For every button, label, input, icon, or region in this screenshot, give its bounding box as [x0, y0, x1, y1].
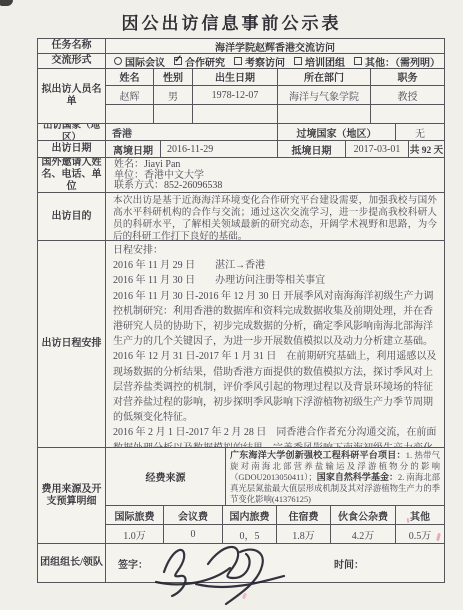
task-value: 海洋学院赵辉香港交流访问 [106, 39, 444, 53]
itinerary-item: 2016 年 11 月 30 日-2016 年 12 月 30 日 开展季风对南… [113, 289, 437, 350]
task-row: 任务名称 海洋学院赵辉香港交流访问 [38, 39, 444, 54]
radio-circle-icon [114, 57, 122, 65]
fee-header-row: 国际旅费 会议费 国内旅费 住宿费 伙食公杂费 其他 [106, 506, 444, 525]
col-header-department: 所在部门 [278, 69, 371, 85]
col-header-birthdate: 出生日期 [193, 69, 278, 85]
itinerary-item: 2016 年 2 月 1 日-2017 年 2 月 28 日 同香港合作者充分沟… [113, 425, 437, 447]
person-position: 教授 [371, 86, 444, 105]
fee-header-conference: 会议费 [164, 506, 223, 524]
personnel-table: 姓名 性别 出生日期 所在部门 职务 赵辉 男 1978-12-07 海洋与气象… [106, 69, 444, 123]
depart-date-label: 离境日期 [106, 141, 161, 157]
fee-value-international-travel: 1.0万 [106, 525, 164, 543]
arrive-date-value: 2017-03-01 [346, 141, 409, 157]
option-label: 其他：（需列明） [365, 54, 440, 68]
fee-values-row: 1.0万 0 0，5 1.8万 4.2万 0.5万 [106, 525, 444, 543]
transit-country-label: 过境国家（地区） [278, 124, 396, 140]
country-row: 出访国家（地区） 香港 过境国家（地区） 无 [38, 124, 444, 141]
fee-header-domestic-travel: 国内旅费 [223, 506, 277, 524]
option-inspection-visit: 考察访问 [234, 54, 285, 68]
fee-value-conference: 0 [164, 525, 223, 543]
funding-part2-title: 国家自然科学基金： [317, 472, 398, 482]
budget-label: 费用来源及开支预算明细 [38, 448, 106, 543]
total-days: 共 92 天 [409, 141, 444, 157]
fee-header-international-travel: 国际旅费 [106, 506, 164, 524]
exchange-row: 交流形式 国际会议 合作研究 考察访问 培训团组 [38, 54, 444, 69]
form-table: 任务名称 海洋学院赵辉香港交流访问 交流形式 国际会议 合作研究 考察访问 [37, 38, 445, 583]
personnel-group: 拟出访人员名单 姓名 性别 出生日期 所在部门 职务 赵辉 男 1978-12-… [38, 69, 444, 124]
funding-row: 经费来源 广东海洋大学创新强校工程科研平台项目：1. 热带气旋对南海北部营养盐输… [106, 448, 444, 506]
funding-part1-title: 广东海洋大学创新强校工程科研平台项目： [230, 450, 406, 460]
col-header-gender: 性别 [154, 69, 193, 85]
time-label: 时间： [334, 556, 364, 571]
option-label: 考察访问 [245, 54, 285, 68]
fee-value-domestic-travel: 0，5 [223, 525, 277, 543]
empty-checkbox-icon [294, 57, 302, 65]
purpose-label: 出访目的 [38, 193, 106, 240]
empty-cell [193, 105, 278, 123]
inviter-row: 国外邀请人姓名、电话、单位 姓名：Jiayi Pan 单位：香港中文大学 联系方… [38, 158, 444, 193]
personnel-data-row: 赵辉 男 1978-12-07 海洋与气象学院 教授 [106, 86, 444, 106]
dates-label: 出访日期 [38, 141, 106, 157]
option-other: 其他：（需列明） [354, 54, 440, 68]
person-department: 海洋与气象学院 [278, 86, 371, 105]
transit-country-value: 无 [396, 124, 444, 140]
empty-checkbox-icon [354, 57, 362, 65]
person-birthdate: 1978-12-07 [193, 86, 278, 105]
funding-source-label: 经费来源 [106, 448, 226, 505]
signature-area: 签字： 时间： [106, 544, 444, 582]
empty-cell [278, 105, 371, 123]
empty-cell [371, 105, 444, 123]
arrive-date-label: 抵境日期 [278, 141, 346, 157]
option-label: 国际会议 [125, 54, 165, 68]
fee-header-lodging: 住宿费 [277, 506, 331, 524]
inviter-name: 姓名：Jiayi Pan [114, 160, 436, 171]
empty-cell [154, 105, 193, 123]
col-header-position: 职务 [371, 69, 444, 85]
inviter-info: 姓名：Jiayi Pan 单位：香港中文大学 联系方式：852-26096538 [106, 158, 444, 192]
task-label: 任务名称 [38, 39, 106, 53]
personnel-header-row: 姓名 性别 出生日期 所在部门 职务 [106, 69, 444, 86]
itinerary-row: 出访日程安排 日程安排： 2016 年 11 月 29 日 湛江→香港 2016… [38, 241, 444, 448]
itinerary-heading: 日程安排： [113, 243, 437, 258]
funding-text: 广东海洋大学创新强校工程科研平台项目：1. 热带气旋对南海北部营养盐输运及浮游植… [226, 448, 444, 505]
scanned-form-page: 因公出访信息事前公示表 任务名称 海洋学院赵辉香港交流访问 交流形式 国际会议 … [0, 0, 463, 610]
fee-header-other: 其他 [396, 506, 444, 524]
itinerary-item: 2016 年 11 月 30 日 办理访问注册等相关事宜 [113, 273, 437, 288]
fee-value-meals-misc: 4.2万 [331, 525, 396, 543]
budget-group: 费用来源及开支预算明细 经费来源 广东海洋大学创新强校工程科研平台项目：1. 热… [38, 448, 444, 544]
sign-label: 签字： [118, 556, 148, 571]
budget-right: 经费来源 广东海洋大学创新强校工程科研平台项目：1. 热带气旋对南海北部营养盐输… [106, 448, 444, 543]
person-name: 赵辉 [106, 86, 154, 105]
leader-label: 团组组长/领队 [38, 544, 106, 582]
signature-row: 团组组长/领队 签字： 时间： [38, 544, 444, 582]
empty-cell [106, 105, 154, 123]
ink-speck [242, 593, 247, 600]
purpose-row: 出访目的 本次出访是基于近海海洋环境变化合作研究平台建设需要，加强我校与国外高水… [38, 193, 444, 241]
option-training-group: 培训团组 [294, 54, 345, 68]
depart-date-value: 2016-11-29 [161, 141, 278, 157]
col-header-name: 姓名 [106, 69, 154, 85]
exchange-label: 交流形式 [38, 54, 106, 68]
person-gender: 男 [154, 86, 193, 105]
option-label: 培训团组 [305, 54, 345, 68]
itinerary-item: 2016 年 11 月 29 日 湛江→香港 [113, 258, 437, 273]
option-cooperative-research: 合作研究 [174, 54, 225, 68]
scan-artifact-blob [0, 0, 13, 6]
inviter-label: 国外邀请人姓名、电话、单位 [38, 158, 106, 192]
itinerary-content: 日程安排： 2016 年 11 月 29 日 湛江→香港 2016 年 11 月… [106, 241, 444, 447]
fee-header-meals-misc: 伙食公杂费 [331, 506, 396, 524]
dates-row: 出访日期 离境日期 2016-11-29 抵境日期 2017-03-01 共 9… [38, 141, 444, 158]
fee-value-lodging: 1.8万 [277, 525, 331, 543]
itinerary-label: 出访日程安排 [38, 241, 106, 447]
personnel-empty-row [106, 105, 444, 123]
purpose-text: 本次出访是基于近海海洋环境变化合作研究平台建设需要，加强我校与国外高水平科研机构… [106, 193, 444, 240]
checked-checkbox-icon [174, 57, 182, 65]
personnel-label: 拟出访人员名单 [38, 69, 106, 123]
country-label: 出访国家（地区） [38, 124, 106, 140]
option-international-conference: 国际会议 [114, 54, 165, 68]
itinerary-item: 2016 年 12 月 31 日-2017 年 1 月 31 日 在前期研究基础… [113, 349, 437, 425]
inviter-contact: 联系方式：852-26096538 [114, 181, 436, 192]
exchange-options: 国际会议 合作研究 考察访问 培训团组 其他：（需列明） [106, 54, 444, 68]
empty-checkbox-icon [234, 57, 242, 65]
option-label: 合作研究 [185, 54, 225, 68]
country-value: 香港 [106, 124, 278, 140]
page-title: 因公出访信息事前公示表 [0, 9, 463, 34]
